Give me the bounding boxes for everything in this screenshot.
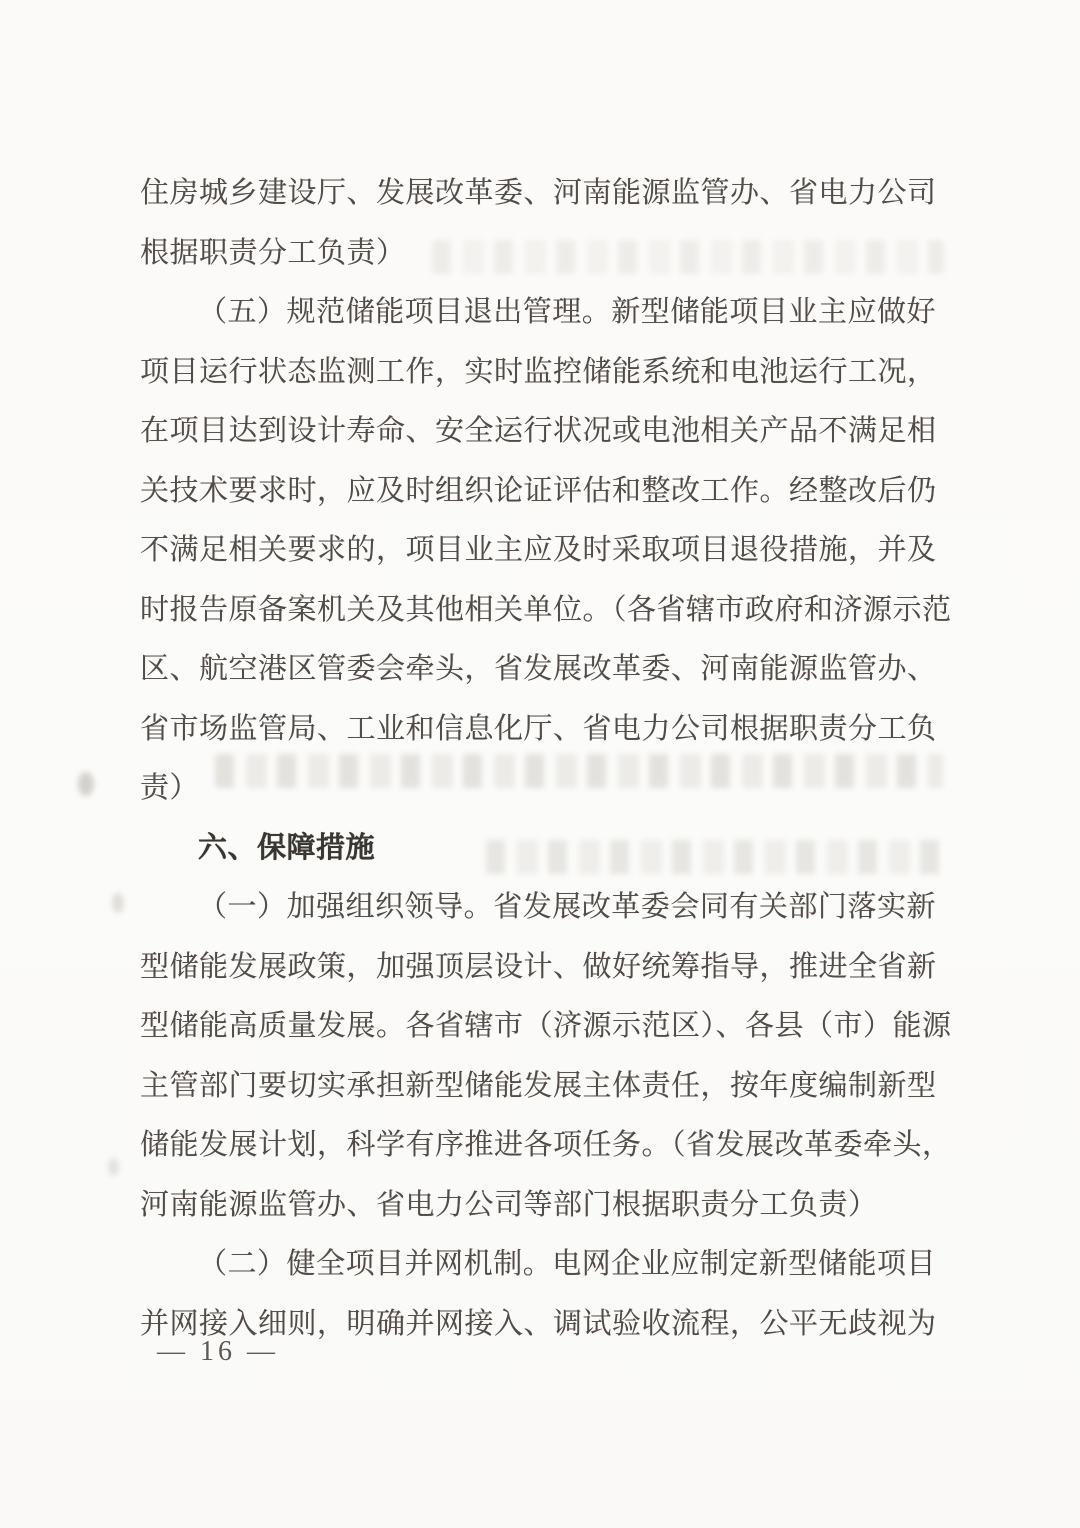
scan-smudge xyxy=(108,1158,119,1176)
document-body: 住房城乡建设厅、发展改革委、河南能源监管办、省电力公司 根据职责分工负责） （五… xyxy=(140,164,936,1354)
text-line: 时报告原备案机关及其他相关单位。（各省辖市政府和济源示范 xyxy=(140,581,936,641)
text-line: 不满足相关要求的，项目业主应及时采取项目退役措施，并及 xyxy=(140,521,936,581)
text-line: 储能发展计划，科学有序推进各项任务。（省发展改革委牵头， xyxy=(140,1116,936,1176)
text-line: 型储能发展政策，加强顶层设计、做好统筹指导，推进全省新 xyxy=(140,938,936,998)
text-line: 责） xyxy=(140,759,936,819)
text-line: 根据职责分工负责） xyxy=(140,224,936,284)
text-line: 型储能高质量发展。各省辖市（济源示范区）、各县（市）能源 xyxy=(140,997,936,1057)
scanned-document-page: 住房城乡建设厅、发展改革委、河南能源监管办、省电力公司 根据职责分工负责） （五… xyxy=(0,0,1080,1528)
text-line: 项目运行状态监测工作，实时监控储能系统和电池运行工况， xyxy=(140,343,936,403)
text-line: （五）规范储能项目退出管理。新型储能项目业主应做好 xyxy=(140,283,936,343)
text-line: 关技术要求时，应及时组织论证评估和整改工作。经整改后仍 xyxy=(140,462,936,522)
text-line: 省市场监管局、工业和信息化厅、省电力公司根据职责分工负 xyxy=(140,700,936,760)
scan-smudge xyxy=(78,772,94,796)
text-line: 区、航空港区管委会牵头，省发展改革委、河南能源监管办、 xyxy=(140,640,936,700)
text-line: （二）健全项目并网机制。电网企业应制定新型储能项目 xyxy=(140,1235,936,1295)
page-number: — 16 — xyxy=(157,1336,279,1368)
text-line: 河南能源监管办、省电力公司等部门根据职责分工负责） xyxy=(140,1176,936,1236)
section-heading: 六、保障措施 xyxy=(140,819,936,879)
scan-smudge xyxy=(112,893,124,913)
text-line: （一）加强组织领导。省发展改革委会同有关部门落实新 xyxy=(140,878,936,938)
text-line: 主管部门要切实承担新型储能发展主体责任，按年度编制新型 xyxy=(140,1057,936,1117)
text-line: 在项目达到设计寿命、安全运行状况或电池相关产品不满足相 xyxy=(140,402,936,462)
text-line: 住房城乡建设厅、发展改革委、河南能源监管办、省电力公司 xyxy=(140,164,936,224)
